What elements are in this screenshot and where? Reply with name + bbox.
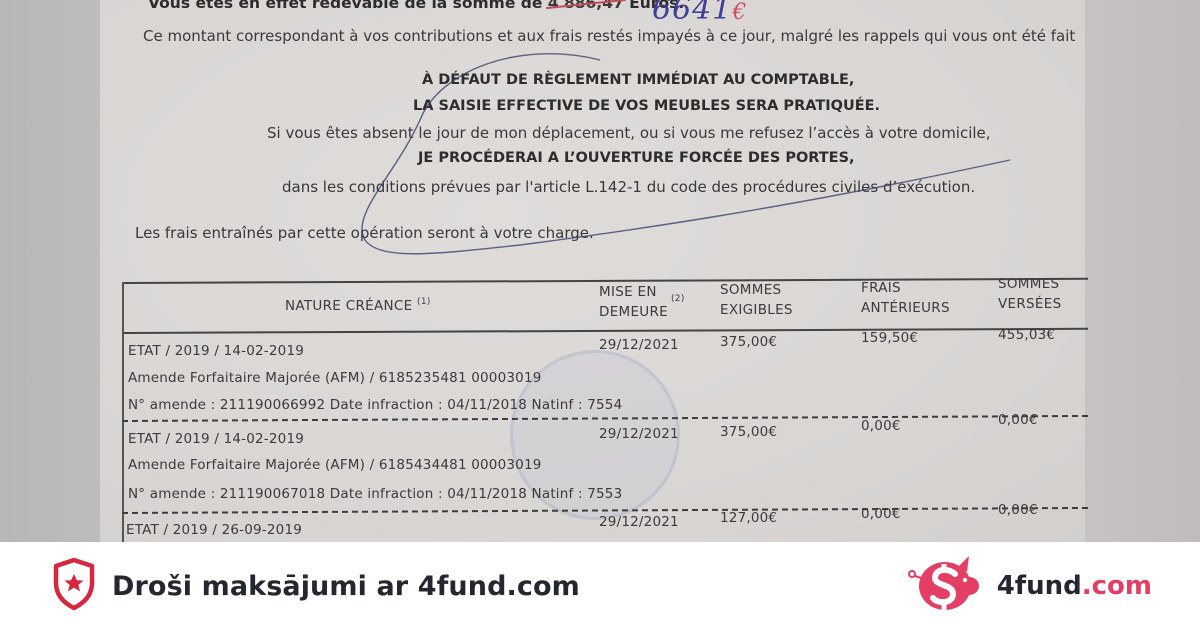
header-mise-en-demeure: MISE EN DEMEURE xyxy=(599,282,668,322)
row2-sommes-exigibles: 375,00€ xyxy=(720,424,777,440)
row1-amende: N° amende : 211190066992 Date infraction… xyxy=(128,397,622,413)
row2-mise-en-demeure: 29/12/2021 xyxy=(599,426,679,442)
row1-frais-anterieurs: 159,50€ xyxy=(861,330,918,346)
header-sommes-versees: SOMMES VERSÉES xyxy=(998,274,1061,314)
header-sommes-exigibles: SOMMES EXIGIBLES xyxy=(720,280,793,320)
row3-mise-en-demeure: 29/12/2021 xyxy=(599,514,679,530)
header-mise-line1: MISE EN xyxy=(599,282,668,302)
row3-title: ETAT / 2019 / 26-09-2019 xyxy=(126,522,302,538)
row2-detail: Amende Forfaitaire Majorée (AFM) / 61854… xyxy=(128,457,542,473)
row2-title: ETAT / 2019 / 14-02-2019 xyxy=(128,431,304,447)
contributions-line: Ce montant correspondant à vos contribut… xyxy=(143,27,1075,45)
row1-sommes-versees: 455,03€ xyxy=(998,327,1055,343)
header-frais-line1: FRAIS xyxy=(861,278,950,298)
header-nature: NATURE CRÉANCE (1) xyxy=(285,296,431,316)
footer-bar: Droši maksājumi ar 4fund.com 4fund.com xyxy=(0,542,1200,630)
row1-title: ETAT / 2019 / 14-02-2019 xyxy=(128,343,304,359)
brand-logo[interactable]: 4fund.com xyxy=(905,552,1152,620)
handwritten-number: 6641 xyxy=(652,0,732,27)
row2-sommes-versees: 0,00€ xyxy=(998,412,1038,428)
header-versees-line1: SOMMES xyxy=(998,274,1061,294)
amount-prefix: Vous êtes en effet redevable de la somme… xyxy=(148,0,542,12)
header-mise-line2: DEMEURE xyxy=(599,302,668,322)
row1-detail: Amende Forfaitaire Majorée (AFM) / 61852… xyxy=(128,370,542,386)
handwritten-amount: 6641€ xyxy=(652,0,747,27)
header-frais-line2: ANTÉRIEURS xyxy=(861,298,950,318)
table-left-border xyxy=(122,282,124,542)
warning-line-2: LA SAISIE EFFECTIVE DE VOS MEUBLES SERA … xyxy=(413,98,880,114)
header-exigibles-line2: EXIGIBLES xyxy=(720,300,793,320)
conditions-line: dans les conditions prévues par l'articl… xyxy=(282,178,975,196)
row3-sommes-versees: 0,00€ xyxy=(998,502,1038,518)
header-nature-note: (1) xyxy=(417,297,431,307)
row1-mise-en-demeure: 29/12/2021 xyxy=(599,337,679,353)
shield-star-icon xyxy=(52,557,96,615)
brand-name: 4fund.com xyxy=(997,571,1152,601)
row1-sommes-exigibles: 375,00€ xyxy=(720,334,777,350)
header-nature-label: NATURE CRÉANCE xyxy=(285,298,412,314)
header-frais-anterieurs: FRAIS ANTÉRIEURS xyxy=(861,278,950,318)
forced-opening-line: JE PROCÉDERAI A L’OUVERTURE FORCÉE DES P… xyxy=(418,150,855,166)
row3-frais-anterieurs: 0,00€ xyxy=(861,506,901,522)
header-exigibles-line1: SOMMES xyxy=(720,280,793,300)
piggy-bank-dollar-icon xyxy=(905,552,989,620)
handwritten-euro: € xyxy=(732,0,747,25)
header-versees-line2: VERSÉES xyxy=(998,294,1061,314)
footer-title: Droši maksājumi ar 4fund.com xyxy=(112,571,580,602)
secure-payments-badge: Droši maksājumi ar 4fund.com xyxy=(52,557,580,615)
document-photo: Vous êtes en effet redevable de la somme… xyxy=(0,0,1200,542)
row3-sommes-exigibles: 127,00€ xyxy=(720,510,777,526)
fees-line: Les frais entraînés par cette opération … xyxy=(135,224,594,242)
row2-amende: N° amende : 211190067018 Date infraction… xyxy=(128,486,622,502)
header-mise-note: (2) xyxy=(671,289,685,309)
absent-line: Si vous êtes absent le jour de mon dépla… xyxy=(267,124,991,142)
struck-amount: 4 886,47 xyxy=(548,0,624,12)
brand-name-main: 4fund xyxy=(997,571,1082,601)
warning-line-1: À DÉFAUT DE RÈGLEMENT IMMÉDIAT AU COMPTA… xyxy=(422,72,854,88)
amount-line: Vous êtes en effet redevable de la somme… xyxy=(148,0,684,12)
row2-frais-anterieurs: 0,00€ xyxy=(861,418,901,434)
brand-name-tld: .com xyxy=(1082,571,1152,601)
